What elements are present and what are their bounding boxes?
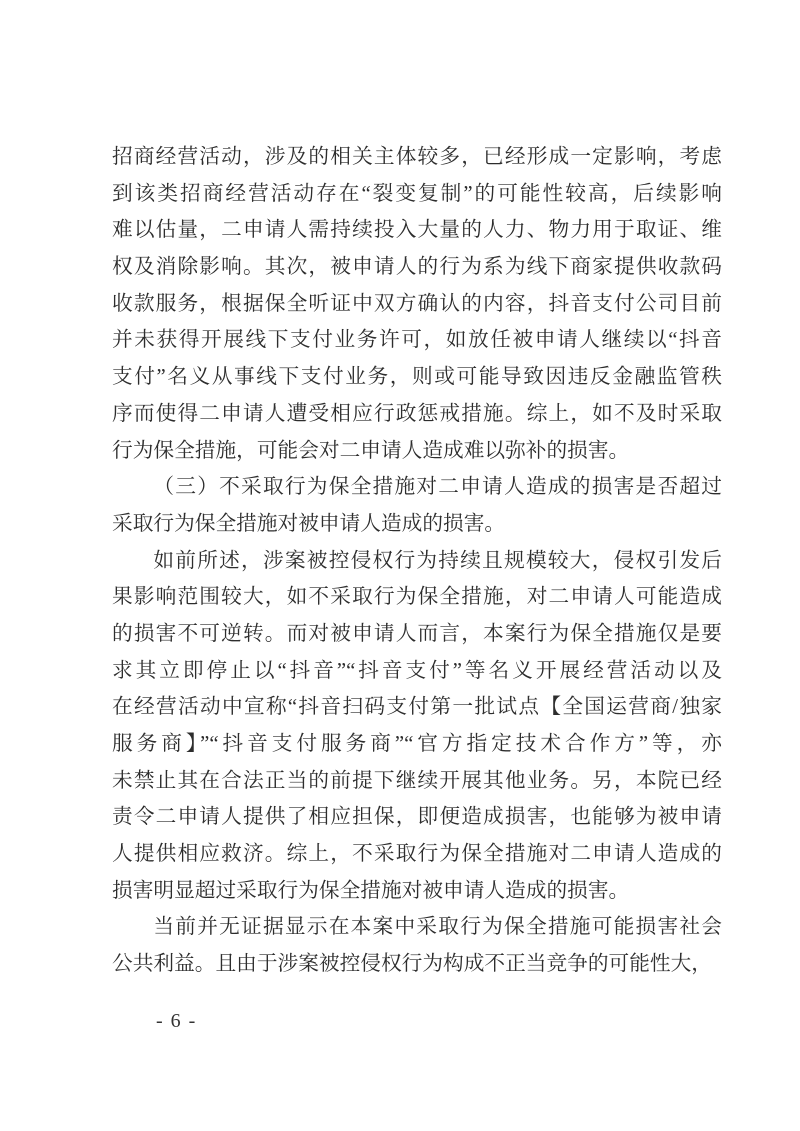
text-line: 招商经营活动，涉及的相关主体较多，已经形成一定影响，考虑 bbox=[112, 139, 722, 176]
text-line: 未禁止其在合法正当的前提下继续开展其他业务。另，本院已经 bbox=[112, 763, 722, 800]
document-page: 招商经营活动，涉及的相关主体较多，已经形成一定影响，考虑 到该类招商经营活动存在… bbox=[0, 0, 800, 1131]
text-line: 当前并无证据显示在本案中采取行为保全措施可能损害社会 bbox=[112, 909, 722, 946]
text-line: 如前所述，涉案被控侵权行为持续且规模较大，侵权引发后 bbox=[112, 543, 722, 580]
text-line: 在经营活动中宣称“抖音扫码支付第一批试点【全国运营商/独家 bbox=[112, 689, 722, 726]
text-line: 行为保全措施，可能会对二申请人造成难以弥补的损害。 bbox=[112, 433, 722, 470]
text-line: 的损害不可逆转。而对被申请人而言，本案行为保全措施仅是要 bbox=[112, 616, 722, 653]
text-line: 并未获得开展线下支付业务许可，如放任被申请人继续以“抖音 bbox=[112, 322, 722, 359]
text-line: 人提供相应救济。综上，不采取行为保全措施对二申请人造成的 bbox=[112, 836, 722, 873]
text-line: 序而使得二申请人遭受相应行政惩戒措施。综上，如不及时采取 bbox=[112, 396, 722, 433]
text-line: 求其立即停止以“抖音”“抖音支付”等名义开展经营活动以及 bbox=[112, 653, 722, 690]
text-line: 责令二申请人提供了相应担保，即便造成损害，也能够为被申请 bbox=[112, 799, 722, 836]
text-line: 公共利益。且由于涉案被控侵权行为构成不正当竞争的可能性大， bbox=[112, 946, 722, 983]
document-text-block: 招商经营活动，涉及的相关主体较多，已经形成一定影响，考虑 到该类招商经营活动存在… bbox=[112, 139, 722, 983]
text-line: 收款服务，根据保全听证中双方确认的内容，抖音支付公司目前 bbox=[112, 286, 722, 323]
paragraph-heading-three: （三）不采取行为保全措施对二申请人造成的损害是否超过 采取行为保全措施对被申请人… bbox=[112, 469, 722, 542]
text-line: 难以估量，二申请人需持续投入大量的人力、物力用于取证、维 bbox=[112, 212, 722, 249]
text-line: 到该类招商经营活动存在“裂变复制”的可能性较高，后续影响 bbox=[112, 176, 722, 213]
text-line: 权及消除影响。其次，被申请人的行为系为线下商家提供收款码 bbox=[112, 249, 722, 286]
text-line: 损害明显超过采取行为保全措施对被申请人造成的损害。 bbox=[112, 873, 722, 910]
text-line: 果影响范围较大，如不采取行为保全措施，对二申请人可能造成 bbox=[112, 579, 722, 616]
text-line: 采取行为保全措施对被申请人造成的损害。 bbox=[112, 506, 722, 543]
paragraph-continuation: 招商经营活动，涉及的相关主体较多，已经形成一定影响，考虑 到该类招商经营活动存在… bbox=[112, 139, 722, 469]
paragraph-public-interest: 当前并无证据显示在本案中采取行为保全措施可能损害社会 公共利益。且由于涉案被控侵… bbox=[112, 909, 722, 982]
text-line: （三）不采取行为保全措施对二申请人造成的损害是否超过 bbox=[112, 469, 722, 506]
paragraph-analysis: 如前所述，涉案被控侵权行为持续且规模较大，侵权引发后 果影响范围较大，如不采取行… bbox=[112, 543, 722, 910]
page-number: - 6 - bbox=[156, 1010, 197, 1033]
text-line: 服务商】”“抖音支付服务商”“官方指定技术合作方”等，亦 bbox=[112, 726, 722, 763]
text-line: 支付”名义从事线下支付业务，则或可能导致因违反金融监管秩 bbox=[112, 359, 722, 396]
